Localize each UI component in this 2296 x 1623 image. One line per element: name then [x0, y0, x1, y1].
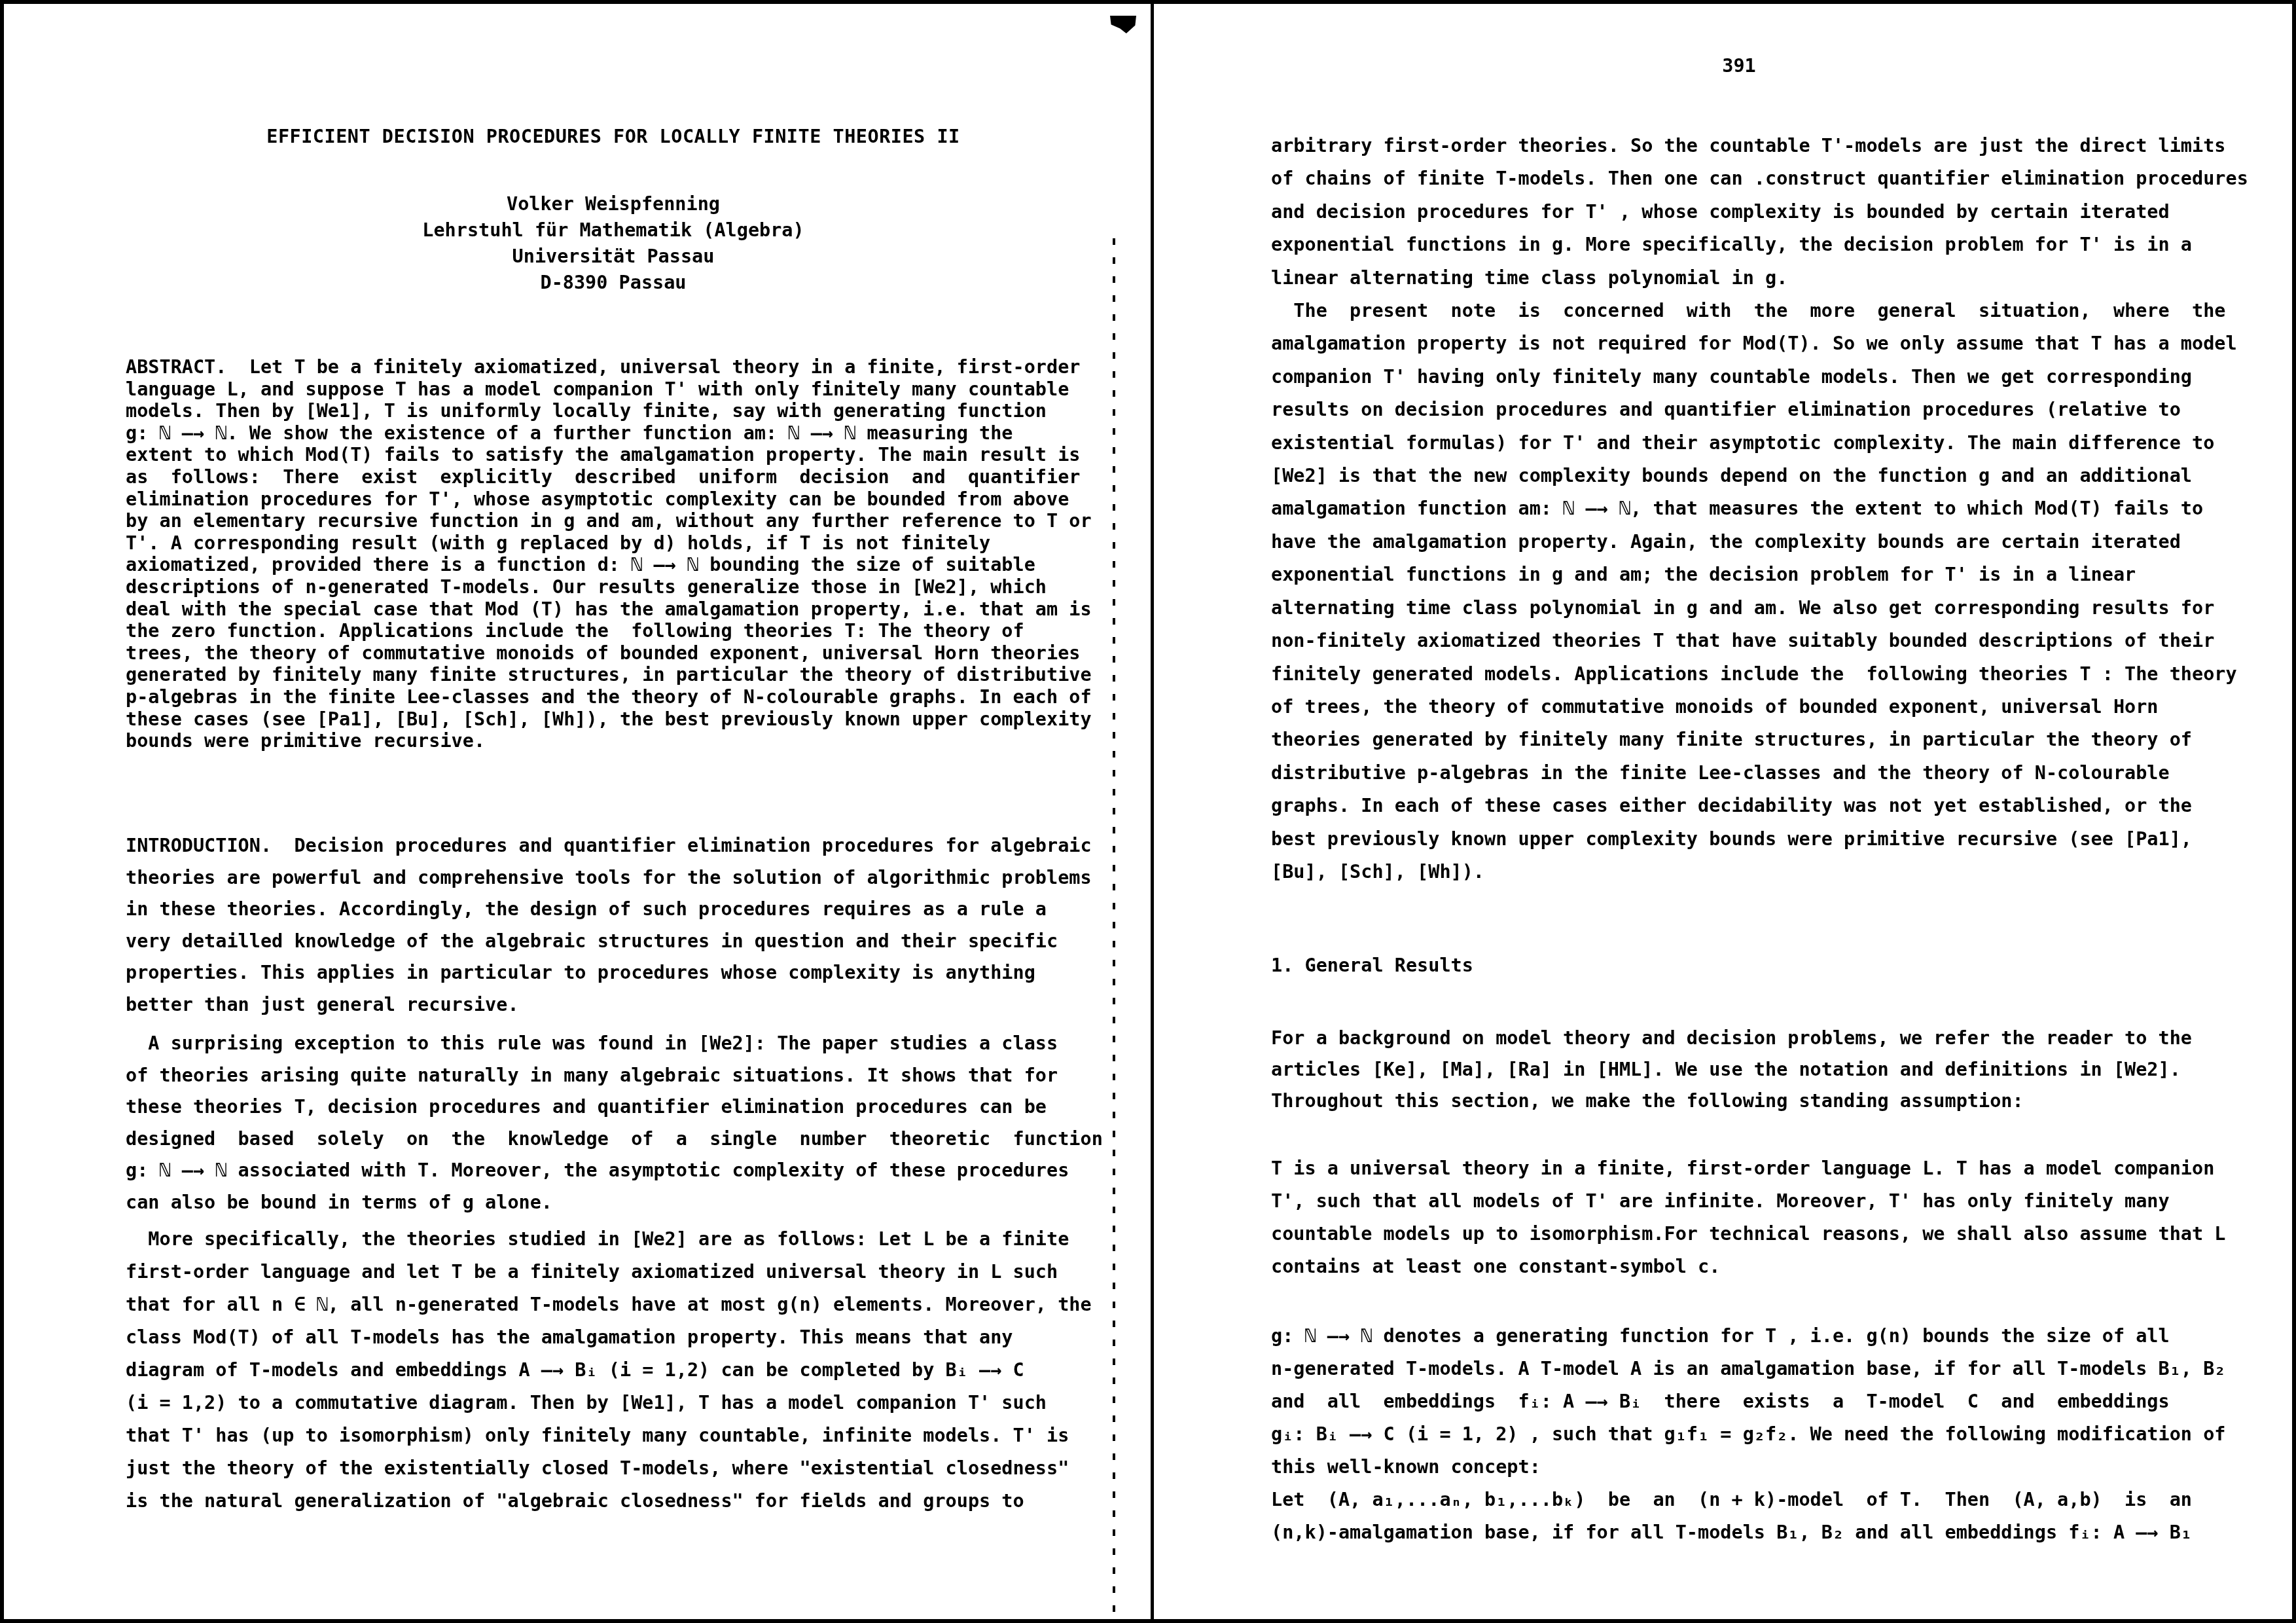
text-line: Throughout this section, we make the fol…	[1271, 1085, 2192, 1117]
text-line: (n,k)-amalgamation base, if for all T-mo…	[1271, 1516, 2225, 1549]
text-line: T', such that all models of T' are infin…	[1271, 1185, 2225, 1218]
text-line: INTRODUCTION. Decision procedures and qu…	[126, 830, 1092, 862]
text-line: just the theory of the existentially clo…	[126, 1452, 1092, 1485]
text-line: deal with the special case that Mod (T) …	[126, 598, 1092, 621]
introduction-paragraph-2: A surprising exception to this rule was …	[126, 1028, 1103, 1218]
text-line: the zero function. Applications include …	[126, 620, 1092, 642]
text-line: graphs. In each of these cases either de…	[1271, 790, 2248, 822]
text-line: best previously known upper complexity b…	[1271, 823, 2248, 856]
paper-title: EFFICIENT DECISION PROCEDURES FOR LOCALL…	[126, 126, 1101, 147]
text-line: companion T' having only finitely many c…	[1271, 361, 2248, 393]
text-line: g: ℕ —→ ℕ denotes a generating function …	[1271, 1320, 2225, 1353]
text-line: models. Then by [We1], T is uniformly lo…	[126, 400, 1092, 422]
text-line: The present note is concerned with the m…	[1271, 295, 2248, 327]
text-line: bounds were primitive recursive.	[126, 730, 1092, 752]
text-line: class Mod(T) of all T-models has the ama…	[126, 1321, 1092, 1354]
text-line: non-finitely axiomatized theories T that…	[1271, 625, 2248, 657]
text-line: results on decision procedures and quant…	[1271, 393, 2248, 426]
text-line: and all embeddings fᵢ: A —→ Bᵢ there exi…	[1271, 1385, 2225, 1418]
text-line: More specifically, the theories studied …	[126, 1223, 1092, 1256]
text-line: exponential functions in g. More specifi…	[1271, 228, 2248, 261]
body-paragraph-continued: arbitrary first-order theories. So the c…	[1271, 130, 2248, 888]
text-line: exponential functions in g and am; the d…	[1271, 558, 2248, 591]
text-line: of trees, the theory of commutative mono…	[1271, 691, 2248, 723]
text-line: p-algebras in the finite Lee-classes and…	[126, 686, 1092, 708]
text-line: Volker Weispfenning	[126, 191, 1101, 217]
text-line: better than just general recursive.	[126, 989, 1092, 1021]
text-line: that T' has (up to isomorphism) only fin…	[126, 1419, 1092, 1452]
text-line: linear alternating time class polynomial…	[1271, 262, 2248, 295]
text-line: theories generated by finitely many fini…	[1271, 723, 2248, 756]
text-line: [Bu], [Sch], [Wh]).	[1271, 856, 2248, 888]
text-line: diagram of T-models and embeddings A —→ …	[126, 1354, 1092, 1387]
text-line: n-generated T-models. A T-model A is an …	[1271, 1353, 2225, 1385]
text-line: finitely generated models. Applications …	[1271, 658, 2248, 691]
text-line: axiomatized, provided there is a functio…	[126, 554, 1092, 576]
general-results-paragraph-1: For a background on model theory and dec…	[1271, 1023, 2192, 1117]
text-line: of theories arising quite naturally in m…	[126, 1060, 1103, 1092]
text-line: theories are powerful and comprehensive …	[126, 862, 1092, 894]
text-line: amalgamation function am: ℕ —→ ℕ, that m…	[1271, 492, 2248, 525]
text-line: generated by finitely many finite struct…	[126, 664, 1092, 686]
text-line: g: ℕ —→ ℕ. We show the existence of a fu…	[126, 422, 1092, 445]
text-line: in these theories. Accordingly, the desi…	[126, 894, 1092, 926]
text-line: and decision procedures for T' , whose c…	[1271, 196, 2248, 228]
text-line: first-order language and let T be a fini…	[126, 1256, 1092, 1288]
text-line: have the amalgamation property. Again, t…	[1271, 526, 2248, 558]
text-line: Lehrstuhl für Mathematik (Algebra)	[126, 217, 1101, 244]
text-line: arbitrary first-order theories. So the c…	[1271, 130, 2248, 162]
text-line: can also be bound in terms of g alone.	[126, 1187, 1103, 1219]
text-line: that for all n ∈ ℕ, all n-generated T-mo…	[126, 1288, 1092, 1321]
text-line: designed based solely on the knowledge o…	[126, 1123, 1103, 1156]
text-line: descriptions of n-generated T-models. Ou…	[126, 576, 1092, 598]
introduction-paragraph-1: INTRODUCTION. Decision procedures and qu…	[126, 830, 1092, 1021]
page-divider-line	[1151, 4, 1154, 1623]
text-line: D-8390 Passau	[126, 270, 1101, 296]
text-line: Universität Passau	[126, 244, 1101, 270]
text-line: articles [Ke], [Ma], [Ra] in [HML]. We u…	[1271, 1054, 2192, 1085]
author-block: Volker WeispfenningLehrstuhl für Mathema…	[126, 191, 1101, 296]
text-line: distributive p-algebras in the finite Le…	[1271, 757, 2248, 790]
generating-function-paragraph: g: ℕ —→ ℕ denotes a generating function …	[1271, 1320, 2225, 1549]
fold-dotted-line	[1113, 238, 1115, 1613]
text-line: elimination procedures for T', whose asy…	[126, 488, 1092, 511]
text-line: as follows: There exist explicitly descr…	[126, 466, 1092, 488]
text-line: this well-known concept:	[1271, 1451, 2225, 1484]
text-line: language L, and suppose T has a model co…	[126, 378, 1092, 401]
text-line: alternating time class polynomial in g a…	[1271, 592, 2248, 625]
text-line: gᵢ: Bᵢ —→ C (i = 1, 2) , such that g₁f₁ …	[1271, 1418, 2225, 1451]
text-line: by an elementary recursive function in g…	[126, 510, 1092, 532]
section-heading-general-results: 1. General Results	[1271, 955, 1473, 976]
scanned-paper-spread: EFFICIENT DECISION PROCEDURES FOR LOCALL…	[0, 0, 2296, 1623]
text-line: ABSTRACT. Let T be a finitely axiomatize…	[126, 356, 1092, 378]
page-number: 391	[1696, 55, 1782, 77]
text-line: properties. This applies in particular t…	[126, 957, 1092, 989]
standing-assumption-paragraph: T is a universal theory in a finite, fir…	[1271, 1152, 2225, 1283]
text-line: (i = 1,2) to a commutative diagram. Then…	[126, 1387, 1092, 1419]
text-line: these theories T, decision procedures an…	[126, 1091, 1103, 1123]
text-line: these cases (see [Pa1], [Bu], [Sch], [Wh…	[126, 708, 1092, 731]
text-line: trees, the theory of commutative monoids…	[126, 642, 1092, 665]
abstract-paragraph: ABSTRACT. Let T be a finitely axiomatize…	[126, 356, 1092, 752]
text-line: A surprising exception to this rule was …	[126, 1028, 1103, 1060]
ink-smudge-mark	[1110, 16, 1136, 33]
text-line: T'. A corresponding result (with g repla…	[126, 532, 1092, 555]
text-line: amalgamation property is not required fo…	[1271, 327, 2248, 360]
text-line: [We2] is that the new complexity bounds …	[1271, 460, 2248, 492]
text-line: very detailled knowledge of the algebrai…	[126, 926, 1092, 958]
text-line: g: ℕ —→ ℕ associated with T. Moreover, t…	[126, 1155, 1103, 1187]
text-line: extent to which Mod(T) fails to satisfy …	[126, 444, 1092, 466]
text-line: countable models up to isomorphism.For t…	[1271, 1218, 2225, 1250]
introduction-paragraph-3: More specifically, the theories studied …	[126, 1223, 1092, 1518]
text-line: of chains of finite T-models. Then one c…	[1271, 162, 2248, 195]
text-line: Let (A, a₁,...aₙ, b₁,...bₖ) be an (n + k…	[1271, 1484, 2225, 1516]
text-line: is the natural generalization of "algebr…	[126, 1485, 1092, 1518]
text-line: existential formulas) for T' and their a…	[1271, 427, 2248, 460]
text-line: T is a universal theory in a finite, fir…	[1271, 1152, 2225, 1185]
text-line: For a background on model theory and dec…	[1271, 1023, 2192, 1054]
text-line: contains at least one constant-symbol c.	[1271, 1250, 2225, 1283]
